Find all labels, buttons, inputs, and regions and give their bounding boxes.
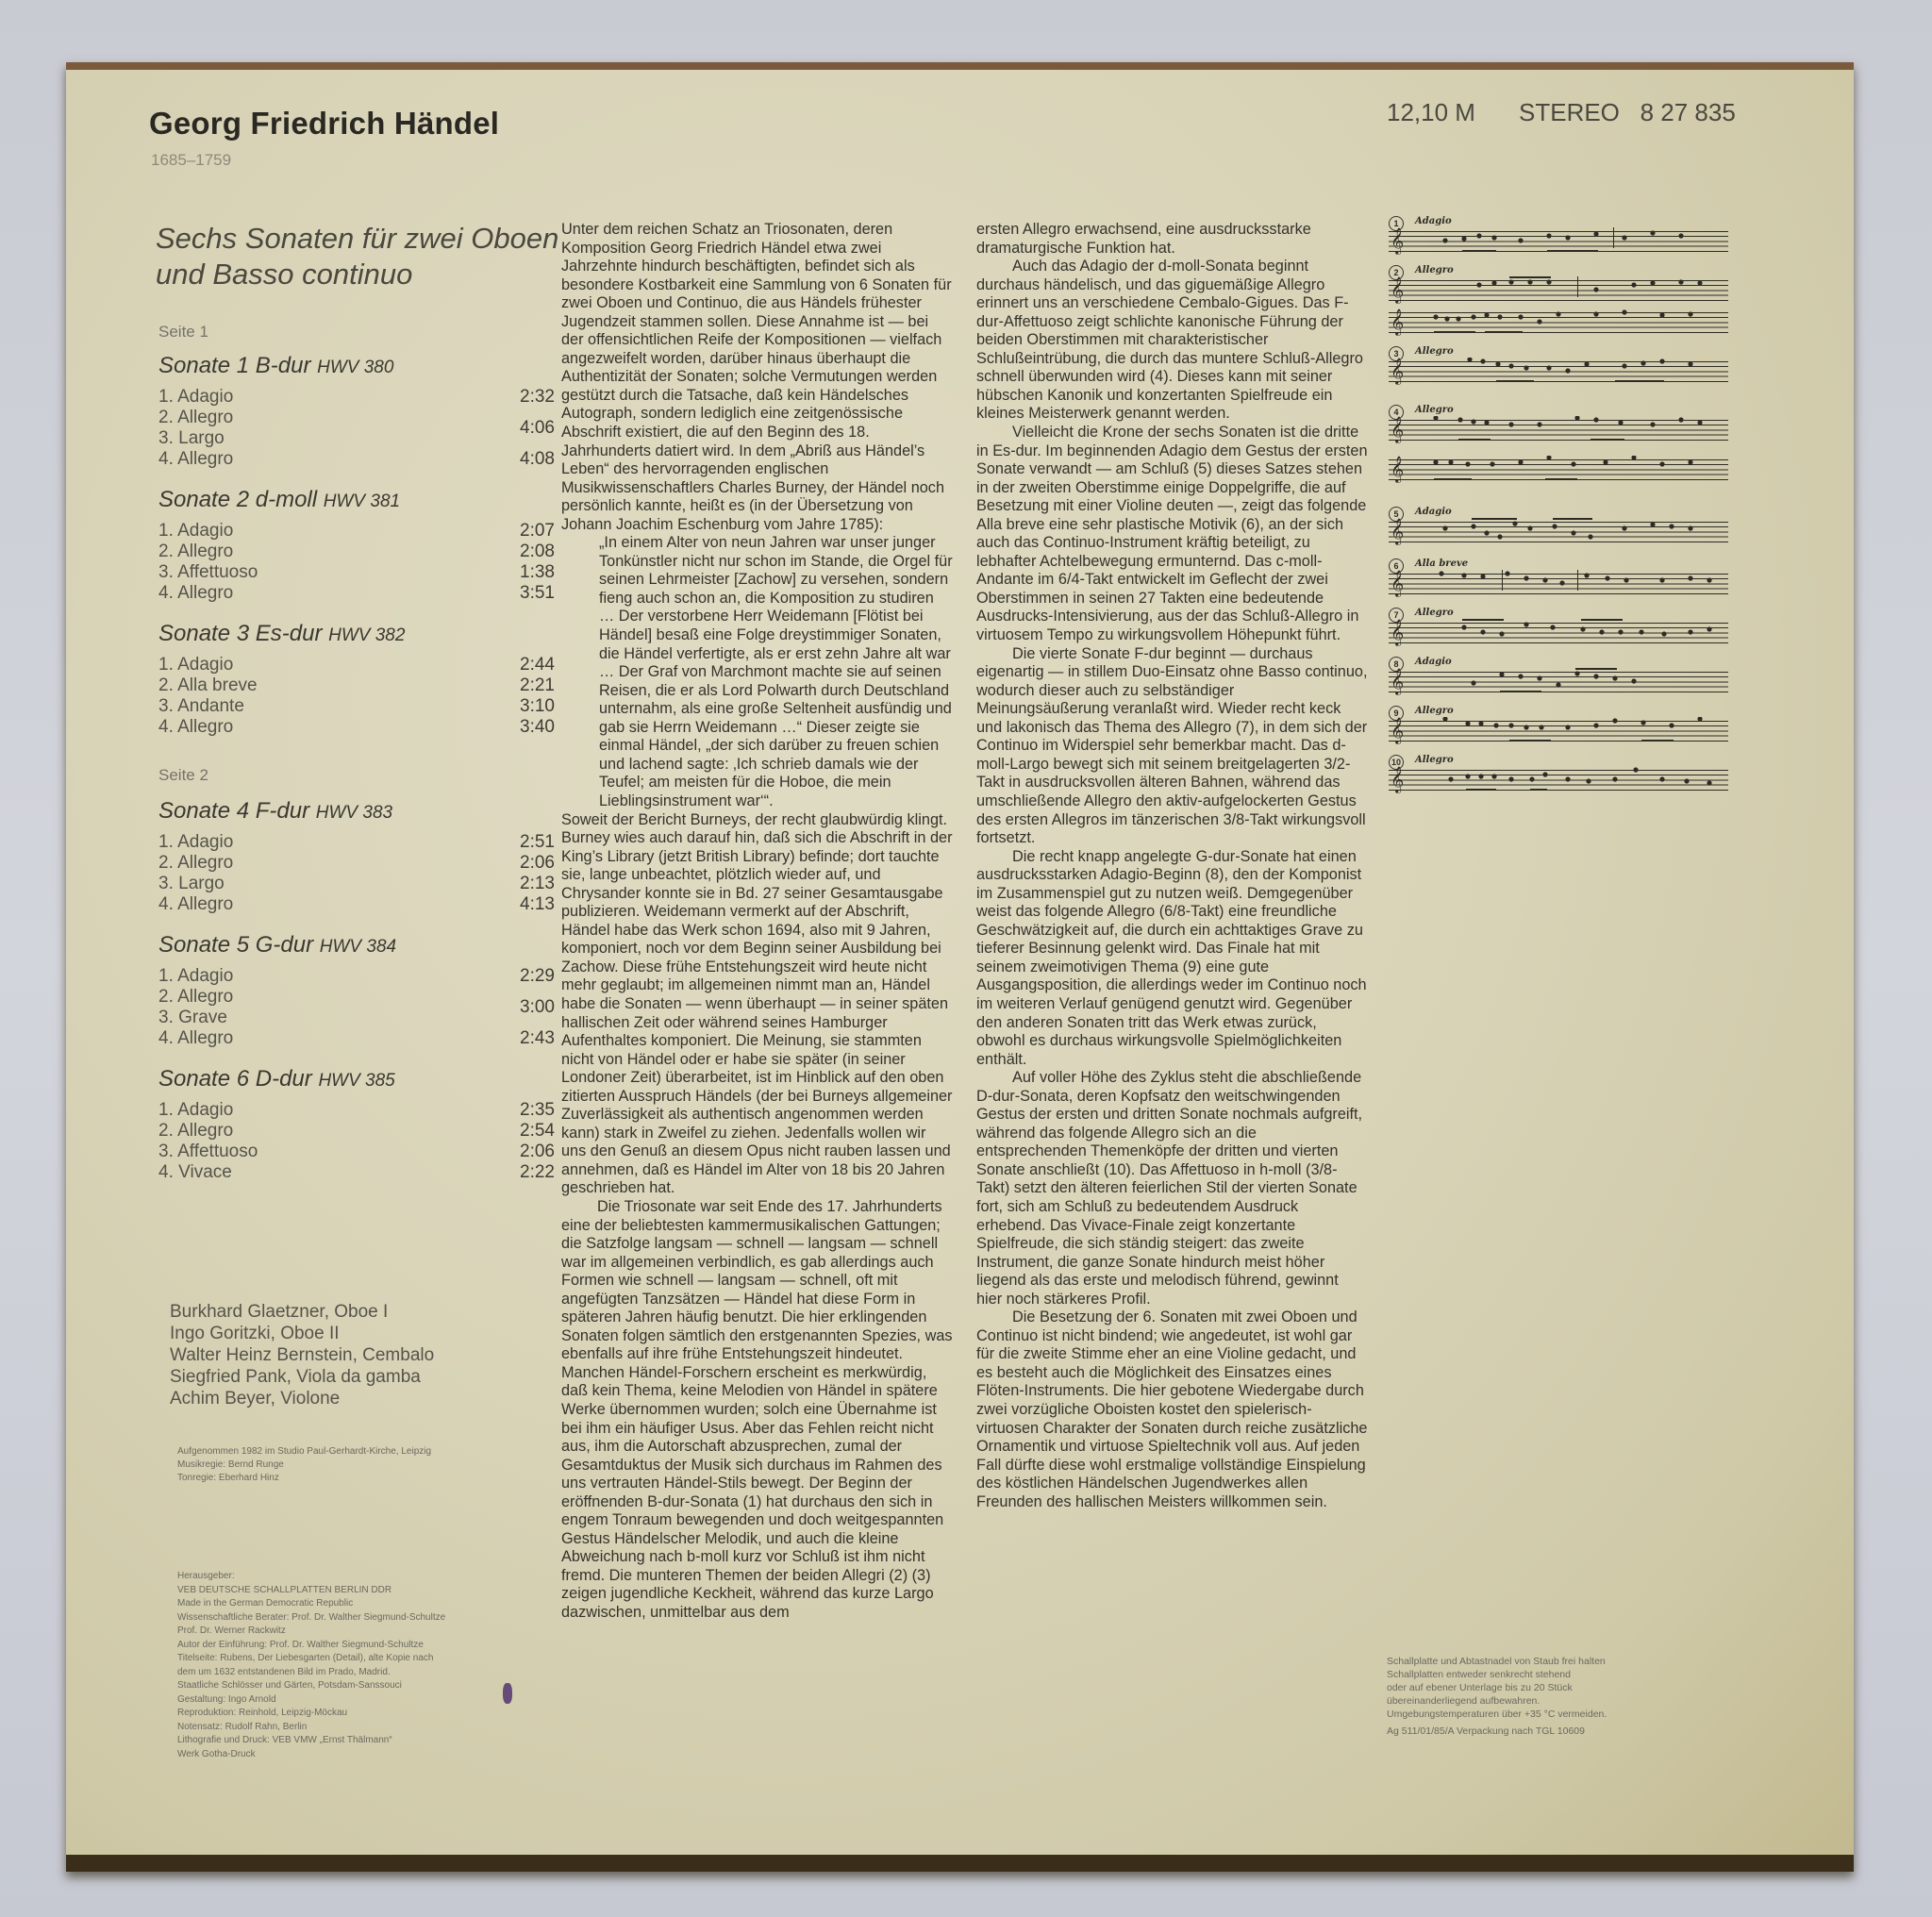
music-example: 9 Allegro 𝄞 — [1389, 706, 1766, 755]
catalog-number: 8 27 835 — [1641, 98, 1736, 126]
track-row: 4. Allegro3:51 — [158, 583, 555, 604]
credit-line: Tonregie: Eberhard Hinz — [177, 1472, 431, 1485]
care-line: Schallplatten entweder senkrecht stehend — [1387, 1668, 1607, 1681]
track-row: 1. Adagio2:51 — [158, 832, 555, 853]
track-row: 2. Allegro3:00 — [158, 987, 555, 1008]
publisher-line: Wissenschaftliche Berater: Prof. Dr. Wal… — [177, 1611, 555, 1625]
svg-text:𝄞: 𝄞 — [1391, 228, 1404, 255]
svg-text:𝄞: 𝄞 — [1391, 571, 1404, 597]
music-examples: 1 Adagio 𝄞 2 Allegro 𝄞 𝄞 3 Allegro 𝄞 4 A… — [1389, 216, 1766, 804]
svg-text:𝄞: 𝄞 — [1391, 457, 1404, 483]
care-line: Umgebungstemperaturen über +35 °C vermei… — [1387, 1708, 1607, 1721]
recording-credits: Aufgenommen 1982 im Studio Paul-Gerhardt… — [177, 1445, 431, 1485]
essay-paragraph: Die Triosonate war seit Ende des 17. Jah… — [561, 1198, 953, 1623]
album-title-line2: und Basso continuo — [156, 257, 558, 292]
sonata-title: Sonate 5 G-dur HWV 384 — [158, 932, 555, 958]
publisher-line: Made in the German Democratic Republic — [177, 1597, 555, 1611]
care-notice: Schallplatte und Abtastnadel von Staub f… — [1387, 1655, 1607, 1738]
music-example: 8 Adagio 𝄞 — [1389, 657, 1766, 706]
publisher-info: Herausgeber: VEB DEUTSCHE SCHALLPLATTEN … — [177, 1570, 555, 1761]
track-row: 4. Allegro4:08 — [158, 449, 555, 470]
track-row: 1. Adagio2:32 — [158, 387, 555, 408]
publisher-line: Lithografie und Druck: VEB VMW „Ernst Th… — [177, 1734, 555, 1748]
music-staff-icon: 𝄞 — [1389, 231, 1728, 252]
essay-paragraph: Die vierte Sonate F-dur beginnt — durcha… — [976, 645, 1368, 848]
track-row: 1. Adagio2:29 — [158, 966, 555, 987]
care-line: Schallplatte und Abtastnadel von Staub f… — [1387, 1655, 1607, 1668]
svg-text:𝄞: 𝄞 — [1391, 358, 1404, 385]
music-example: 4 Allegro 𝄞 𝄞 — [1389, 405, 1766, 507]
format-label: STEREO — [1519, 98, 1620, 126]
ink-stain — [503, 1683, 512, 1704]
music-example: 7 Allegro 𝄞 — [1389, 608, 1766, 657]
music-staff-icon: 𝄞 — [1389, 522, 1728, 542]
publisher-line: VEB DEUTSCHE SCHALLPLATTEN BERLIN DDR — [177, 1584, 555, 1598]
svg-text:𝄞: 𝄞 — [1391, 620, 1404, 646]
svg-text:𝄞: 𝄞 — [1391, 417, 1404, 443]
credit-line: Aufgenommen 1982 im Studio Paul-Gerhardt… — [177, 1445, 431, 1459]
sonata-block: Sonate 1 B-dur HWV 380 1. Adagio2:32 2. … — [158, 353, 555, 470]
music-staff-icon: 𝄞 — [1389, 574, 1728, 594]
track-row: 2. Allegro4:06 — [158, 408, 555, 428]
track-row: 3. Affettuoso2:06 — [158, 1142, 555, 1162]
music-example: 2 Allegro 𝄞 𝄞 — [1389, 265, 1766, 346]
essay-paragraph: Vielleicht die Krone der sechs Sonaten i… — [976, 424, 1368, 645]
record-back-cover: Georg Friedrich Händel 1685–1759 12,10 M… — [66, 62, 1854, 1872]
track-row: 4. Allegro3:40 — [158, 717, 555, 738]
credit-line: Musikregie: Bernd Runge — [177, 1459, 431, 1472]
publisher-line: Reproduktion: Reinhold, Leipzig-Möckau — [177, 1707, 555, 1721]
care-line: übereinanderliegend aufbewahren. — [1387, 1694, 1607, 1708]
performers-list: Burkhard Glaetzner, Oboe I Ingo Goritzki… — [170, 1301, 434, 1409]
track-row: 2. Allegro2:08 — [158, 542, 555, 562]
music-example: 6 Alla breve 𝄞 — [1389, 558, 1766, 608]
publisher-line: Gestaltung: Ingo Arnold — [177, 1693, 555, 1708]
publisher-line: dem um 1632 entstandenen Bild im Prado, … — [177, 1666, 555, 1680]
sonata-block: Sonate 3 Es-dur HWV 382 1. Adagio2:44 2.… — [158, 621, 555, 738]
tempo-marking: Allegro — [1415, 608, 1454, 618]
side-label: Seite 2 — [158, 766, 555, 785]
track-row: 3. Largo2:13 — [158, 874, 555, 894]
music-staff-icon: 𝄞 — [1389, 623, 1728, 643]
composer-dates: 1685–1759 — [151, 151, 231, 170]
tempo-marking: Adagio — [1415, 507, 1452, 517]
care-line: oder auf ebener Unterlage bis zu 20 Stüc… — [1387, 1681, 1607, 1694]
tracklist: Seite 1 Sonate 1 B-dur HWV 380 1. Adagio… — [158, 323, 555, 1183]
track-row: 3. Grave — [158, 1008, 555, 1028]
music-example: 10 Allegro 𝄞 — [1389, 755, 1766, 804]
sonata-title: Sonate 1 B-dur HWV 380 — [158, 353, 555, 379]
publisher-line: Autor der Einführung: Prof. Dr. Walther … — [177, 1639, 555, 1653]
sonata-title: Sonate 2 d-moll HWV 381 — [158, 487, 555, 513]
tempo-marking: Adagio — [1415, 216, 1452, 226]
tempo-marking: Alla breve — [1415, 558, 1468, 569]
tempo-marking: Allegro — [1415, 706, 1454, 716]
sonata-block: Sonate 4 F-dur HWV 383 1. Adagio2:51 2. … — [158, 798, 555, 915]
svg-text:𝄞: 𝄞 — [1391, 519, 1404, 545]
sonata-block: Sonate 6 D-dur HWV 385 1. Adagio2:35 2. … — [158, 1066, 555, 1183]
svg-text:𝄞: 𝄞 — [1391, 309, 1404, 336]
track-row: 1. Adagio2:35 — [158, 1100, 555, 1121]
performer: Siegfried Pank, Viola da gamba — [170, 1366, 434, 1388]
essay-paragraph: Auf voller Höhe des Zyklus steht die abs… — [976, 1069, 1368, 1309]
tempo-marking: Allegro — [1415, 265, 1454, 275]
essay-column-2: ersten Allegro erwachsend, eine ausdruck… — [976, 221, 1368, 1511]
performer: Walter Heinz Bernstein, Cembalo — [170, 1344, 434, 1366]
care-line: Ag 511/01/85/A Verpackung nach TGL 10609 — [1387, 1725, 1607, 1738]
performer: Achim Beyer, Violone — [170, 1388, 434, 1409]
track-row: 3. Affettuoso1:38 — [158, 562, 555, 583]
essay-paragraph: Die Besetzung der 6. Sonaten mit zwei Ob… — [976, 1309, 1368, 1511]
publisher-line: Titelseite: Rubens, Der Liebesgarten (De… — [177, 1652, 555, 1666]
essay-paragraph: Auch das Adagio der d-moll-Sonata beginn… — [976, 258, 1368, 424]
essay-paragraph: Unter dem reichen Schatz an Triosonaten,… — [561, 221, 953, 534]
music-example: 3 Allegro 𝄞 — [1389, 346, 1766, 405]
svg-text:𝄞: 𝄞 — [1391, 669, 1404, 695]
performer: Burkhard Glaetzner, Oboe I — [170, 1301, 434, 1323]
track-row: 2. Alla breve2:21 — [158, 675, 555, 696]
track-row: 4. Allegro4:13 — [158, 894, 555, 915]
music-staff-icon: 𝄞 — [1389, 312, 1728, 333]
sonata-title: Sonate 4 F-dur HWV 383 — [158, 798, 555, 825]
sonata-title: Sonate 6 D-dur HWV 385 — [158, 1066, 555, 1092]
svg-text:𝄞: 𝄞 — [1391, 767, 1404, 793]
tempo-marking: Allegro — [1415, 346, 1454, 357]
track-row: 1. Adagio2:44 — [158, 655, 555, 675]
svg-text:𝄞: 𝄞 — [1391, 718, 1404, 744]
performer: Ingo Goritzki, Oboe II — [170, 1323, 434, 1344]
track-row: 4. Vivace2:22 — [158, 1162, 555, 1183]
side-label: Seite 1 — [158, 323, 555, 342]
album-title-line1: Sechs Sonaten für zwei Oboen — [156, 221, 558, 257]
music-staff-icon: 𝄞 — [1389, 361, 1728, 382]
sonata-block: Sonate 5 G-dur HWV 384 1. Adagio2:29 2. … — [158, 932, 555, 1049]
price-label: 12,10 M — [1387, 98, 1475, 127]
track-row: 1. Adagio2:07 — [158, 521, 555, 542]
composer-name: Georg Friedrich Händel — [149, 106, 499, 142]
sonata-title: Sonate 3 Es-dur HWV 382 — [158, 621, 555, 647]
music-staff-icon: 𝄞 — [1389, 420, 1728, 441]
tempo-marking: Allegro — [1415, 755, 1454, 765]
essay-column-1: Unter dem reichen Schatz an Triosonaten,… — [561, 221, 953, 1623]
album-title: Sechs Sonaten für zwei Oboen und Basso c… — [156, 221, 558, 292]
catalog-info: STEREO 8 27 835 — [1519, 98, 1736, 127]
track-row: 3. Largo — [158, 428, 555, 449]
publisher-line: Prof. Dr. Werner Rackwitz — [177, 1625, 555, 1639]
music-staff-icon: 𝄞 — [1389, 459, 1728, 480]
music-staff-icon: 𝄞 — [1389, 672, 1728, 692]
music-example: 1 Adagio 𝄞 — [1389, 216, 1766, 265]
music-staff-icon: 𝄞 — [1389, 721, 1728, 742]
publisher-line: Notensatz: Rudolf Rahn, Berlin — [177, 1721, 555, 1735]
essay-paragraph: ersten Allegro erwachsend, eine ausdruck… — [976, 221, 1368, 258]
publisher-line: Werk Gotha-Druck — [177, 1748, 555, 1762]
essay-paragraph: Soweit der Bericht Burneys, der recht gl… — [561, 811, 953, 1198]
track-row: 2. Allegro2:54 — [158, 1121, 555, 1142]
tempo-marking: Adagio — [1415, 657, 1452, 667]
music-staff-icon: 𝄞 — [1389, 770, 1728, 791]
svg-text:𝄞: 𝄞 — [1391, 277, 1404, 304]
track-row: 3. Andante3:10 — [158, 696, 555, 717]
track-row: 2. Allegro2:06 — [158, 853, 555, 874]
music-staff-icon: 𝄞 — [1389, 280, 1728, 301]
sonata-block: Sonate 2 d-moll HWV 381 1. Adagio2:07 2.… — [158, 487, 555, 604]
publisher-line: Herausgeber: — [177, 1570, 555, 1584]
essay-paragraph: Die recht knapp angelegte G-dur-Sonate h… — [976, 848, 1368, 1070]
music-example: 5 Adagio 𝄞 — [1389, 507, 1766, 558]
tempo-marking: Allegro — [1415, 405, 1454, 415]
publisher-line: Staatliche Schlösser und Gärten, Potsdam… — [177, 1679, 555, 1693]
track-row: 4. Allegro2:43 — [158, 1028, 555, 1049]
essay-quote: „In einem Alter von neun Jahren war unse… — [561, 534, 953, 810]
